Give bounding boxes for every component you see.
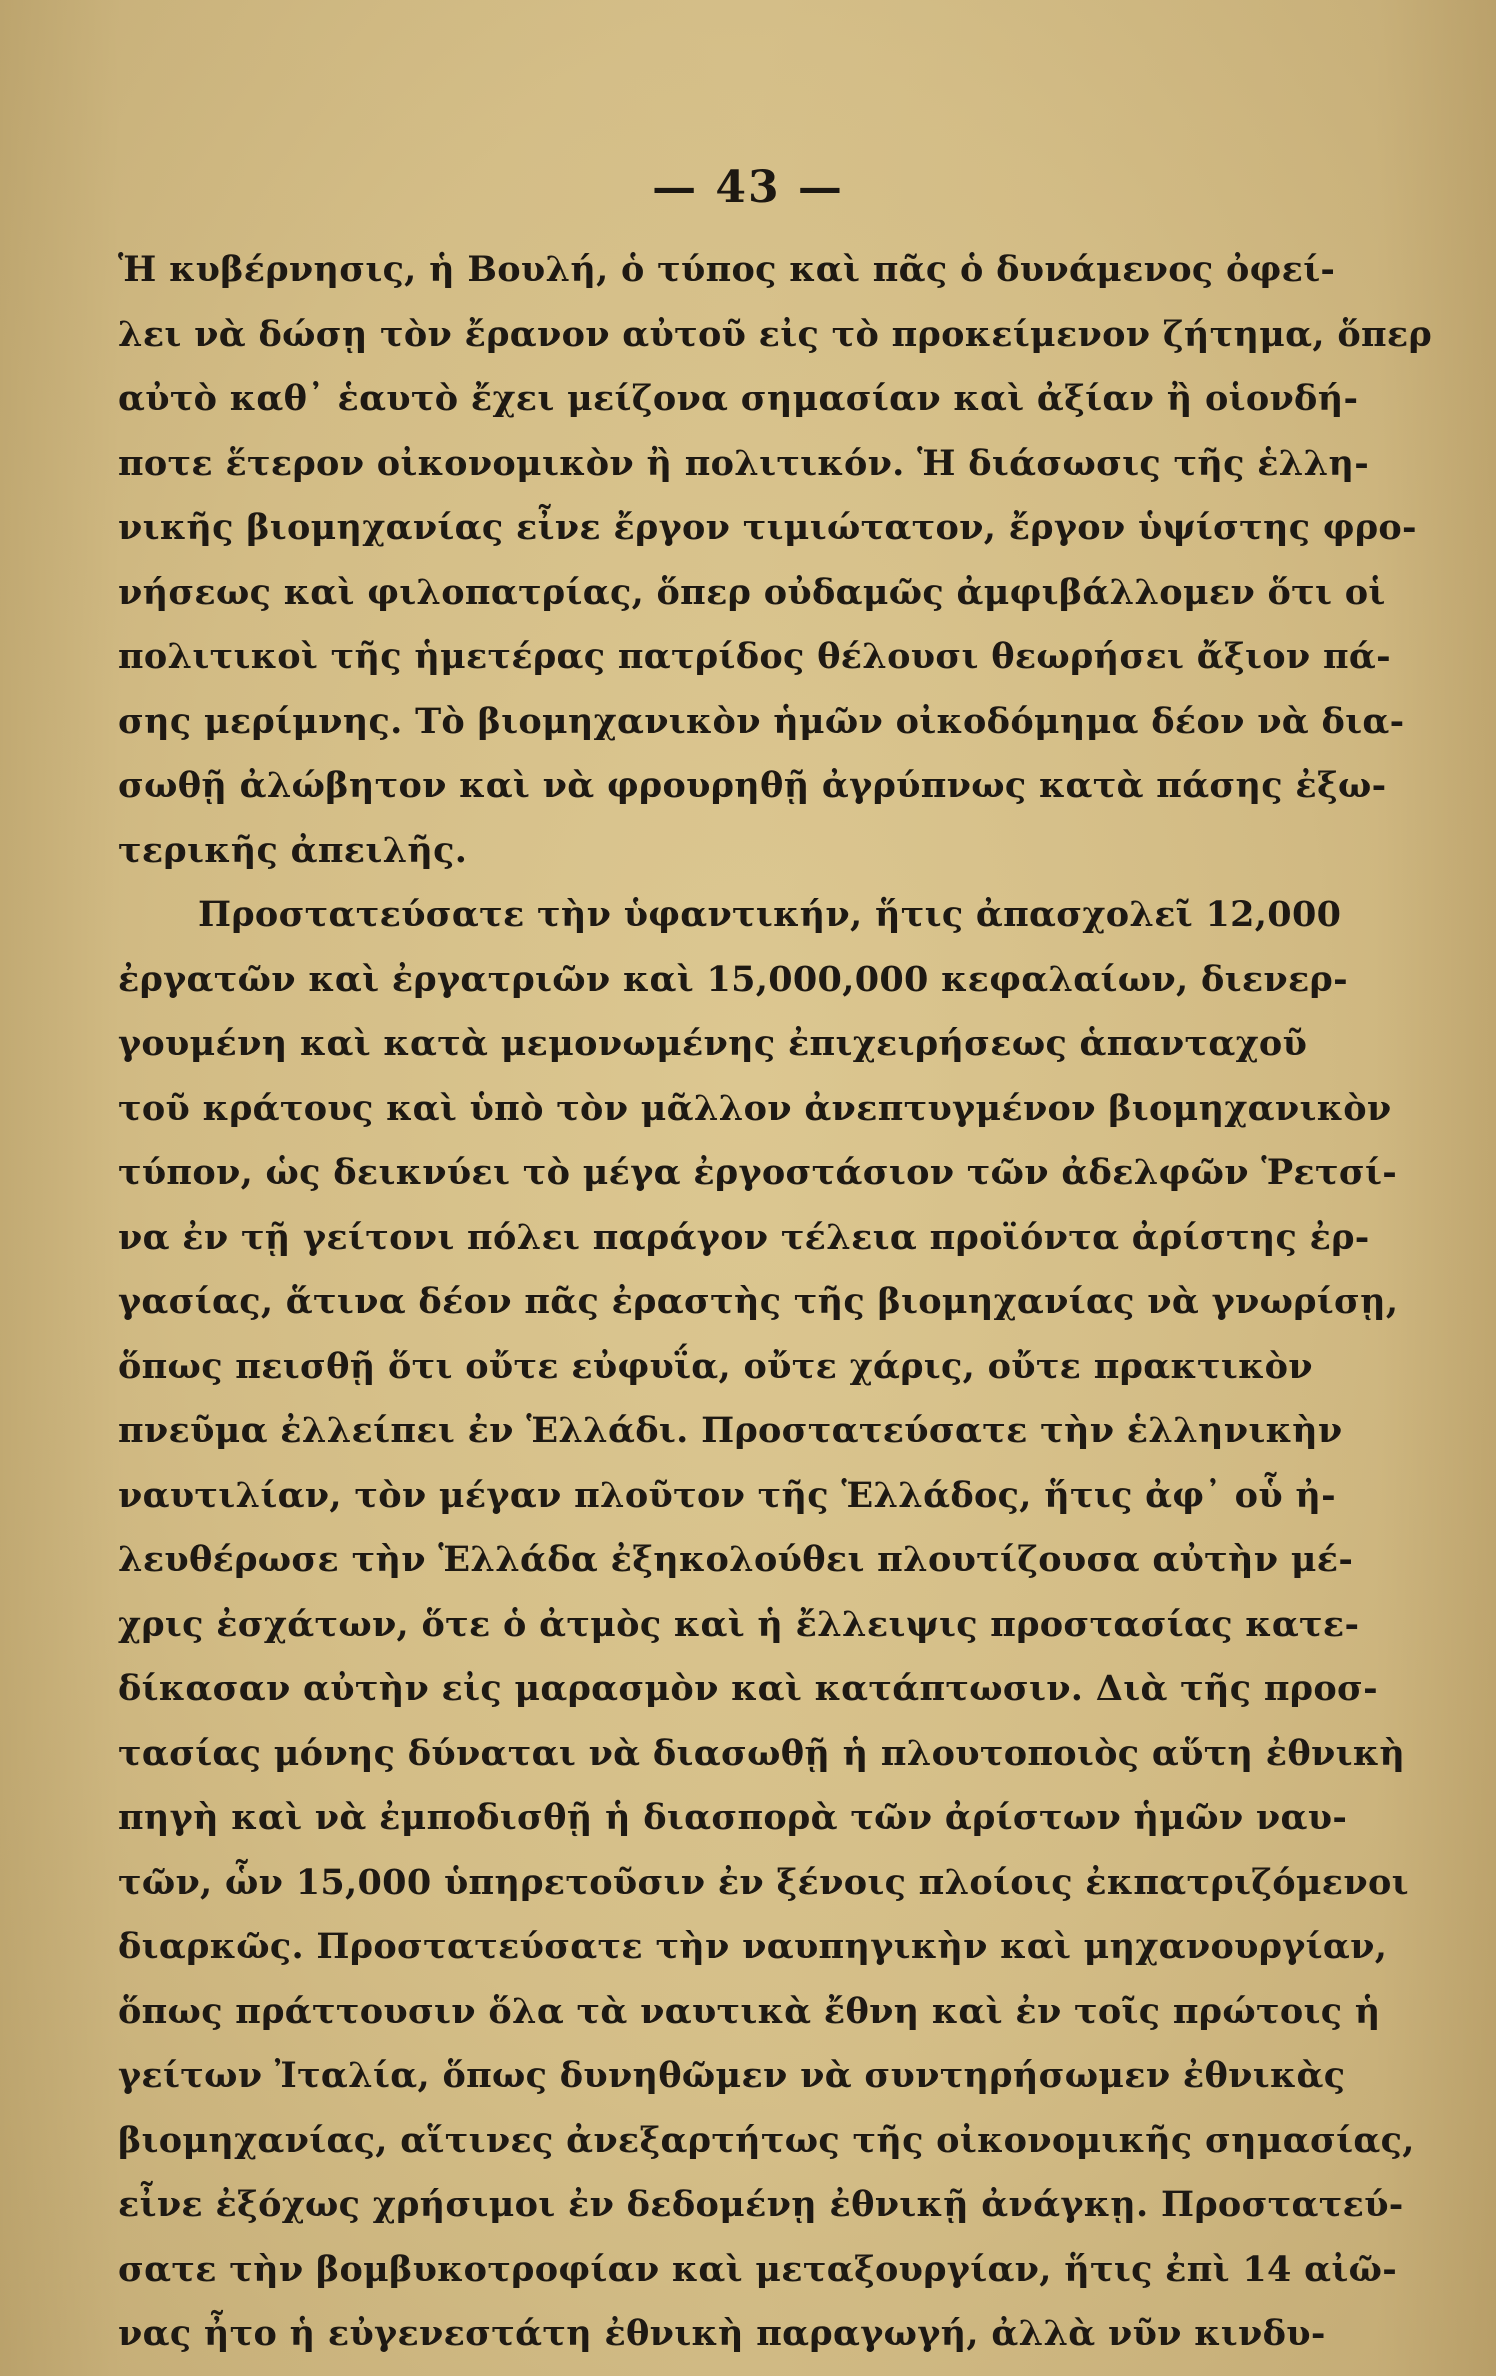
text-line: αὐτὸ καθ᾽ ἑαυτὸ ἔχει μείζονα σημασίαν κα…	[118, 367, 1248, 432]
text-line: πηγὴ καὶ νὰ ἐμποδισθῇ ἡ διασπορὰ τῶν ἀρί…	[118, 1786, 1248, 1851]
text-line: νήσεως καὶ φιλοπατρίας, ὅπερ οὐδαμῶς ἀμφ…	[118, 561, 1248, 626]
text-line: βιομηχανίας, αἵτινες ἀνεξαρτήτως τῆς οἰκ…	[118, 2109, 1248, 2174]
text-line: ὅπως πεισθῇ ὅτι οὔτε εὐφυΐα, οὔτε χάρις,…	[118, 1335, 1248, 1400]
text-line: ὅπως πράττουσιν ὅλα τὰ ναυτικὰ ἔθνη καὶ …	[118, 1980, 1248, 2045]
text-line: τασίας μόνης δύναται νὰ διασωθῇ ἡ πλουτο…	[118, 1722, 1248, 1787]
book-page: — 43 — Ἡ κυβέρνησις, ἡ Βουλή, ὁ τύπος κα…	[0, 0, 1496, 2376]
text-line: τερικῆς ἀπειλῆς.	[118, 819, 1248, 884]
text-line: ἐργατῶν καὶ ἐργατριῶν καὶ 15,000,000 κεφ…	[118, 948, 1248, 1013]
text-line: λευθέρωσε τὴν Ἑλλάδα ἐξηκολούθει πλουτίζ…	[118, 1528, 1248, 1593]
text-line: να ἐν τῇ γείτονι πόλει παράγον τέλεια πρ…	[118, 1206, 1248, 1271]
text-line: διαρκῶς. Προστατεύσατε τὴν ναυπηγικὴν κα…	[118, 1915, 1248, 1980]
text-line: νας ἦτο ἡ εὐγενεστάτη ἐθνικὴ παραγωγή, ἀ…	[118, 2302, 1248, 2367]
text-line: γασίας, ἅτινα δέον πᾶς ἐραστὴς τῆς βιομη…	[118, 1270, 1248, 1335]
paragraph-2: Προστατεύσατε τὴν ὑφαντικήν, ἥτις ἀπασχο…	[118, 883, 1248, 2367]
text-line: τῶν, ὧν 15,000 ὑπηρετοῦσιν ἐν ξένοις πλο…	[118, 1851, 1248, 1916]
text-line: πολιτικοὶ τῆς ἡμετέρας πατρίδος θέλουσι …	[118, 625, 1248, 690]
text-line: τοῦ κράτους καὶ ὑπὸ τὸν μᾶλλον ἀνεπτυγμέ…	[118, 1077, 1248, 1142]
text-line: Προστατεύσατε τὴν ὑφαντικήν, ἥτις ἀπασχο…	[118, 883, 1248, 948]
body-text: Ἡ κυβέρνησις, ἡ Βουλή, ὁ τύπος καὶ πᾶς ὁ…	[118, 238, 1248, 2367]
text-line: σωθῇ ἀλώβητον καὶ νὰ φρουρηθῇ ἀγρύπνως κ…	[118, 754, 1248, 819]
text-line: πνεῦμα ἐλλείπει ἐν Ἑλλάδι. Προστατεύσατε…	[118, 1399, 1248, 1464]
text-line: γείτων Ἰταλία, ὅπως δυνηθῶμεν νὰ συντηρή…	[118, 2044, 1248, 2109]
text-line: σης μερίμνης. Τὸ βιομηχανικὸν ἡμῶν οἰκοδ…	[118, 690, 1248, 755]
text-line: ναυτιλίαν, τὸν μέγαν πλοῦτον τῆς Ἑλλάδος…	[118, 1464, 1248, 1529]
text-line: σατε τὴν βομβυκοτροφίαν καὶ μεταξουργίαν…	[118, 2238, 1248, 2303]
text-line: χρις ἐσχάτων, ὅτε ὁ ἀτμὸς καὶ ἡ ἔλλειψις…	[118, 1593, 1248, 1658]
paragraph-1: Ἡ κυβέρνησις, ἡ Βουλή, ὁ τύπος καὶ πᾶς ὁ…	[118, 238, 1248, 883]
text-line: γουμένη καὶ κατὰ μεμονωμένης ἐπιχειρήσεω…	[118, 1012, 1248, 1077]
text-line: εἶνε ἐξόχως χρήσιμοι ἐν δεδομένῃ ἐθνικῇ …	[118, 2173, 1248, 2238]
text-line: λει νὰ δώσῃ τὸν ἔρανον αὐτοῦ εἰς τὸ προκ…	[118, 303, 1248, 368]
text-line: τύπον, ὡς δεικνύει τὸ μέγα ἐργοστάσιον τ…	[118, 1141, 1248, 1206]
page-number: — 43 —	[0, 162, 1496, 213]
text-line: νικῆς βιομηχανίας εἶνε ἔργον τιμιώτατον,…	[118, 496, 1248, 561]
text-line: ποτε ἕτερον οἰκονομικὸν ἢ πολιτικόν. Ἡ δ…	[118, 432, 1248, 497]
text-line: δίκασαν αὐτὴν εἰς μαρασμὸν καὶ κατάπτωσι…	[118, 1657, 1248, 1722]
text-line: Ἡ κυβέρνησις, ἡ Βουλή, ὁ τύπος καὶ πᾶς ὁ…	[118, 238, 1248, 303]
